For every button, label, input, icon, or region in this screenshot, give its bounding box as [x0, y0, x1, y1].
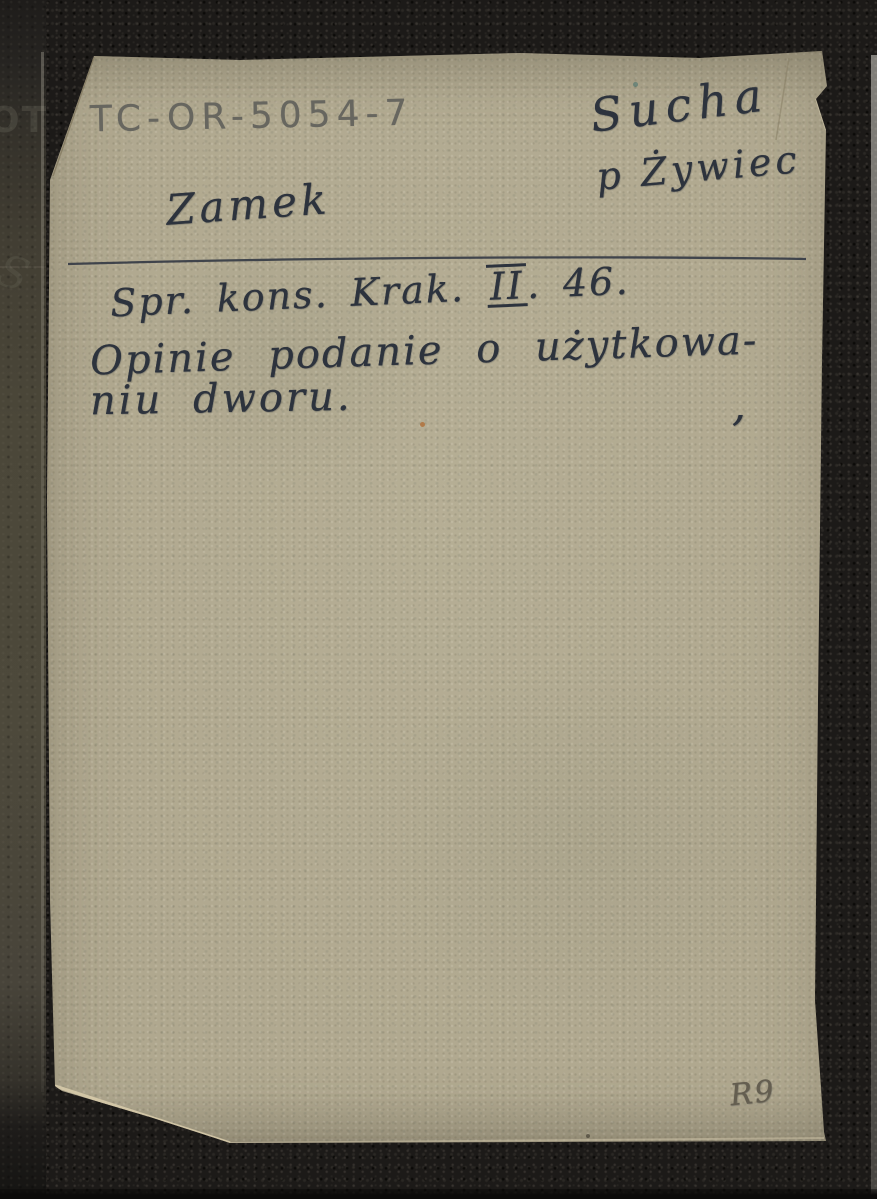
- torn-edge-highlight-right: [816, 99, 826, 130]
- case-reference-numeral: II: [486, 263, 528, 308]
- stray-comma-mark: ,: [732, 380, 746, 431]
- paper-marks-overlay: [46, 50, 836, 1145]
- case-reference-line: Spr. kons. Krak. II. 46.: [109, 259, 630, 326]
- photo-edge-strip: [871, 55, 877, 1199]
- spine-faint-line: [0, 266, 46, 268]
- bottom-shadow-bar: [0, 1189, 877, 1199]
- binder-spine: OT S: [0, 0, 46, 1199]
- stain-speck-teal: [633, 82, 638, 87]
- ink-rule: [68, 257, 806, 264]
- stain-speck-dark: [586, 1134, 590, 1138]
- crease-top-left: [53, 57, 94, 176]
- leather-grain: [0, 0, 46, 1199]
- crease-top-right: [776, 58, 789, 140]
- document-title: Zamek: [164, 174, 331, 234]
- catalog-number: TC-OR-5054-7: [90, 93, 414, 141]
- stain-speck-orange: [420, 422, 425, 427]
- case-reference-prefix: Spr. kons. Krak.: [109, 266, 465, 325]
- corner-pencil-mark: R9: [728, 1074, 777, 1114]
- scanned-document: OT S TC-OR-5054-7 Sucha p Żywiec Zamek S…: [0, 0, 877, 1199]
- place-district: p Żywiec: [594, 137, 802, 199]
- description-line-1: Opinie podanie o użytkowa-: [89, 318, 759, 385]
- description-line-2: niu dworu.: [90, 374, 353, 425]
- paper-sheet: TC-OR-5054-7 Sucha p Żywiec Zamek Spr. k…: [46, 50, 836, 1145]
- spine-highlight-edge: [41, 52, 44, 1092]
- torn-edge-highlight-bottom-left: [55, 1086, 230, 1143]
- torn-edge-highlight-bottom: [230, 1138, 824, 1143]
- case-reference-suffix: . 46.: [526, 259, 630, 307]
- place-name: Sucha: [587, 67, 771, 142]
